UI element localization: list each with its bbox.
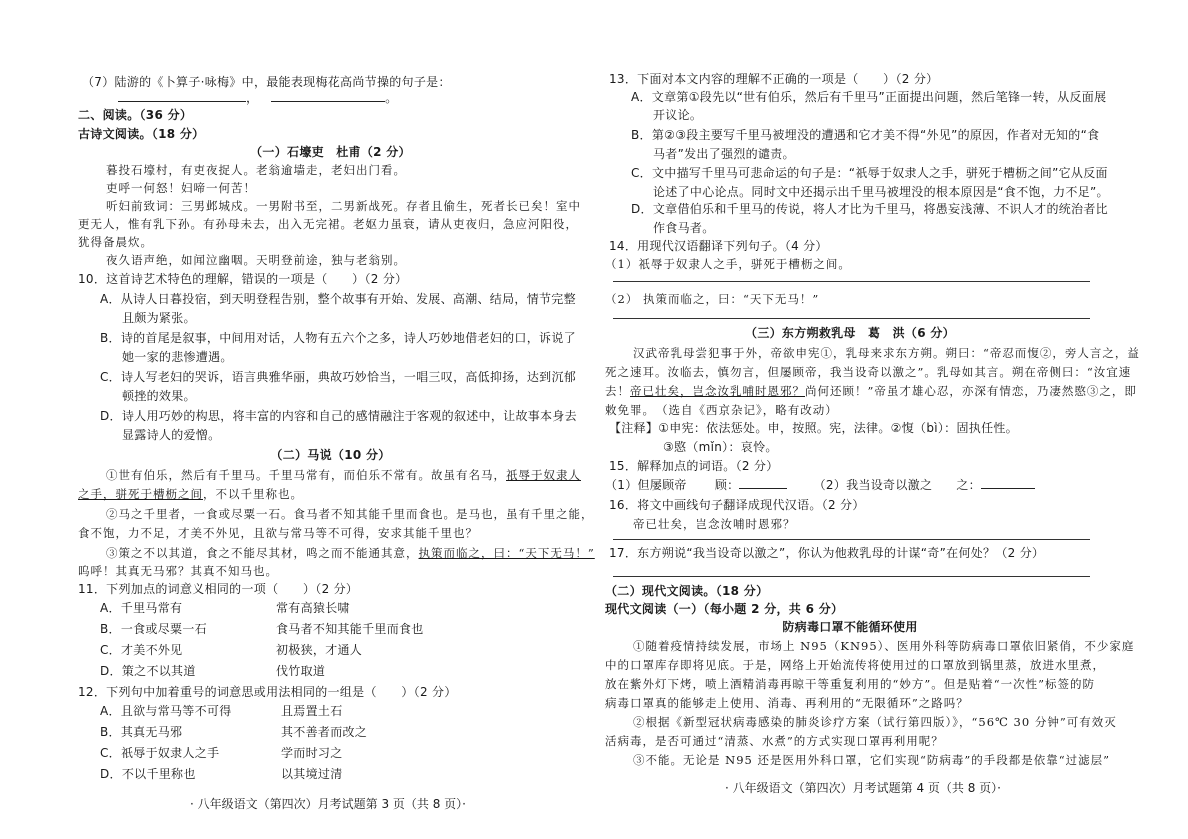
poem-line: 夜久语声绝，如闻泣幽咽。天明登前途，独与老翁别。: [106, 252, 406, 268]
q10-option-d-cont: 显露诗人的爱憎。: [122, 427, 220, 443]
poem-line: 吏呼一何怒！妇啼一何苦！: [106, 180, 256, 196]
q16-stem: 16．将文中画线句子翻译成现代汉语。（2 分）: [609, 497, 865, 513]
q11-stem: 11．下列加点的词意义相同的一项（ ）（2 分）: [78, 581, 358, 597]
dongfang-source: 敕免罪。 （选自《西京杂记》，略有改动）: [605, 402, 838, 418]
mashuo-p2-cont: 食不饱，力不足，才美不外见，且欲与常马等不可得，安求其能千里也？: [78, 525, 478, 541]
article-text: 中的口罩库存即将见底。于是，网络上开始流传将使用过的口罩放到锅里蒸，放进水里煮，: [605, 657, 1105, 673]
q11-option-a: A．千里马常有: [100, 600, 182, 616]
mashuo-p1-cont: 之手，骈死于槽枥之间，不以千里称也。: [78, 486, 303, 502]
underlined-sentence: 帝已壮矣，岂念汝乳哺时恩邪？: [630, 384, 805, 398]
q17-answer-line[interactable]: [613, 576, 1090, 577]
modern-reading-subtitle: 现代文阅读（一）（每小题 2 分，共 6 分）: [605, 601, 843, 617]
q10-option-c: C．诗人写老妇的哭诉，语言典雅华丽，典故巧妙恰当，一唱三叹，高低抑扬，达到沉郁: [100, 369, 576, 385]
q10-option-c-cont: 顿挫的效果。: [122, 388, 196, 404]
article-text: ②根据《新型冠状病毒感染的肺炎诊疗方案（试行第四版）》，“56℃ 30 分钟”可…: [633, 714, 1117, 730]
article-text: 病毒口罩真的能够走上使用、消毒、再利用的“无限循环”之路吗？: [605, 695, 969, 711]
mashuo-p2: ②马之千里者，一食或尽粟一石。食马者不知其能千里而食也。是马也，虽有千里之能，: [106, 506, 594, 522]
mashuo-p1: ①世有伯乐，然后有千里马。千里马常有，而伯乐不常有。故虽有名马，祇辱于奴隶人: [106, 467, 581, 483]
q11-option-c-pair: 初极狭，才通人: [276, 642, 362, 658]
dongfang-text: 死之速耳。汝临去，慎勿言，但屡顾帝，我当设奇以激之”。乳母如其言。朔在帝侧曰：“…: [605, 364, 1131, 380]
q16-sentence: 帝已壮矣，岂念汝哺时恩邪？: [633, 516, 796, 532]
q10-option-a-cont: 且颇为紧张。: [122, 310, 196, 326]
q13-option-c: C．文中描写千里马可悲命运的句子是：“祇辱于奴隶人之手，骈死于槽枥之间”它从反面: [631, 165, 1108, 181]
q12-option-c-pair: 学而时习之: [281, 745, 343, 761]
q14-answer-line-2[interactable]: [613, 318, 1090, 319]
q12-option-b-pair: 其不善者而改之: [281, 724, 367, 740]
q12-option-d: D．不以千里称也: [100, 766, 196, 782]
q13-option-b: B．第②③段主要写千里马被埋没的遭遇和它才美不得“外见”的原因，作者对无知的“食: [631, 127, 1099, 143]
mashuo-p3: ③策之不以其道，食之不能尽其材，鸣之而不能通其意，执策而临之，曰：“天下无马！”: [106, 545, 595, 561]
underlined-sentence: 之手，骈死于槽枥之间: [78, 487, 203, 501]
article-text: ③不能。无论是 N95 还是医用外科口罩，它们实现“防病毒”的手段都是依靠“过滤…: [633, 752, 1110, 768]
q11-option-c: C．才美不外见: [100, 642, 182, 658]
q12-option-b: B．其真无马邪: [100, 724, 182, 740]
q12-option-c: C．祇辱于奴隶人之手: [100, 745, 219, 761]
q7-blank-2[interactable]: [271, 90, 385, 102]
q12-stem: 12．下列句中加着重号的词意思或用法相同的一组是（ ）（2 分）: [78, 684, 457, 700]
q11-option-d: D．策之不以其道: [100, 663, 196, 679]
q15-items: （1）但屡顾帝 顾： （2）我当设奇以激之 之：: [605, 477, 1035, 493]
q13-option-d: D．文章借伯乐和千里马的传说，将人才比为千里马，将愚妄浅薄、不识人才的统治者比: [631, 201, 1108, 217]
q10-option-b-cont: 她一家的悲惨遭遇。: [122, 349, 233, 365]
mashuo-p3-cont: 呜呼！其真无马邪？其真不知马也。: [78, 563, 278, 579]
q12-option-d-pair: 以其境过清: [281, 766, 343, 782]
q15-blank-1[interactable]: [739, 477, 787, 489]
poem-line: 更无人，惟有乳下孙。有孙母未去，出入无完裙。老妪力虽衰，请从吏夜归，急应河阳役，: [78, 216, 578, 232]
dongfang-note: ③愍（mǐn）：哀怜。: [663, 439, 778, 455]
dongfang-text: 去！帝已壮矣，岂念汝乳哺时恩邪？尚何还顾！”帝虽才雄心忍，亦深有情恋，乃凄然愍③…: [605, 383, 1137, 399]
q11-option-b: B．一食或尽粟一石: [100, 621, 207, 637]
poem-line: 犹得备晨炊。: [78, 234, 153, 250]
q13-option-b-cont: 马者”发出了强烈的谴责。: [653, 146, 795, 162]
q13-stem: 13．下面对本文内容的理解不正确的一项是（ ）（2 分）: [609, 71, 938, 87]
q7-blank-1[interactable]: [118, 90, 246, 102]
page-footer: · 八年级语文（第四次）月考试题第 4 页（共 8 页）·: [725, 779, 1001, 796]
modern-reading-title: （二）现代文阅读。（18 分）: [605, 583, 768, 599]
dongfang-heading: （三）东方朔救乳母 葛 洪（6 分）: [605, 325, 1095, 341]
poem-heading: （一）石壕吏 杜甫（2 分）: [78, 144, 583, 160]
q15-stem: 15．解释加点的词语。（2 分）: [609, 458, 779, 474]
q14-item-1: （1）祇辱于奴隶人之手，骈死于槽枥之间。: [605, 256, 851, 272]
q10-option-d: D．诗人用巧妙的构思，将丰富的内容和自己的感情融注于客观的叙述中，让故事本身去: [100, 408, 577, 424]
q13-option-a: A．文章第①段先以“世有伯乐，然后有千里马”正面提出问题，然后笔锋一转，从反面展: [631, 89, 1106, 105]
article-text: ①随着疫情持续发展，市场上 N95（KN95）、医用外科等防病毒口罩依旧紧俏，不…: [633, 638, 1134, 654]
q15-blank-2[interactable]: [981, 477, 1035, 489]
underlined-sentence: 执策而临之，曰：“天下无马！”: [419, 546, 595, 560]
q17-stem: 17．东方朔说“我当设奇以激之”，你认为他救乳母的计谋“奇”在何处？（2 分）: [609, 545, 1044, 561]
q13-option-a-cont: 开议论。: [653, 107, 702, 123]
page-footer: · 八年级语文（第四次）月考试题第 3 页（共 8 页）·: [190, 795, 466, 812]
dongfang-text: 汉武帝乳母尝犯事于外，帝欲申宪①，乳母来求东方朔。朔曰：“帝忍而愎②，旁人言之，…: [633, 345, 1140, 361]
q13-option-c-cont: 论述了中心论点。同时文中还揭示出千里马被埋没的根本原因是“食不饱，力不足”。: [653, 184, 1109, 200]
q12-option-a: A．且欲与常马等不可得: [100, 703, 232, 719]
article-text: 活病毒，是否可通过“清蒸、水煮”的方式实现口罩再利用呢？: [605, 733, 944, 749]
q13-option-d-cont: 作食马者。: [653, 220, 715, 236]
article-text: 放在紫外灯下烤，喷上酒精消毒再晾干等重复利用的“妙方”。但是贴着“一次性”标签的…: [605, 676, 1095, 692]
mashuo-heading: （二）马说（10 分）: [78, 447, 583, 463]
q11-option-d-pair: 伐竹取道: [276, 663, 325, 679]
dongfang-note: 【注释】①申宪：依法惩处。申，按照。宪，法律。②愎（bì）：固执任性。: [609, 420, 1018, 436]
poem-line: 暮投石壕村，有吏夜捉人。老翁逾墙走，老妇出门看。: [106, 162, 406, 178]
q16-answer-line[interactable]: [613, 539, 1090, 540]
classical-reading-title: 古诗文阅读。（18 分）: [78, 126, 204, 142]
article-title: 防病毒口罩不能循环使用: [605, 619, 1095, 635]
q12-option-a-pair: 且焉置土石: [281, 703, 343, 719]
section2-title: 二、阅读。（36 分）: [78, 107, 192, 123]
q14-stem: 14．用现代汉语翻译下列句子。（4 分）: [609, 238, 828, 254]
q11-option-b-pair: 食马者不知其能千里而食也: [276, 621, 424, 637]
q14-answer-line-1[interactable]: [613, 281, 1090, 282]
q7-answer-blanks: ， 。: [118, 90, 398, 106]
q10-option-a: A．从诗人日暮投宿，到天明登程告别，整个故事有开始、发展、高潮、结局，情节完整: [100, 291, 576, 307]
q10-option-b: B．诗的首尾是叙事，中间用对话，人物有五六个之多，诗人巧妙地借老妇的口，诉说了: [100, 330, 576, 346]
q7-prompt: （7）陆游的《卜算子·咏梅》中，最能表现梅花高尚节操的句子是：: [82, 74, 451, 90]
underlined-sentence: 祇辱于奴隶人: [506, 468, 581, 482]
poem-line: 听妇前致词：三男邺城戍。一男附书至，二男新战死。存者且偷生，死者长已矣！室中: [106, 198, 581, 214]
q10-stem: 10．这首诗艺术特色的理解，错误的一项是（ ）（2 分）: [78, 271, 407, 287]
q11-option-a-pair: 常有高猿长啸: [276, 600, 350, 616]
q14-item-2: （2） 执策而临之，曰：“天下无马！”: [605, 291, 819, 307]
